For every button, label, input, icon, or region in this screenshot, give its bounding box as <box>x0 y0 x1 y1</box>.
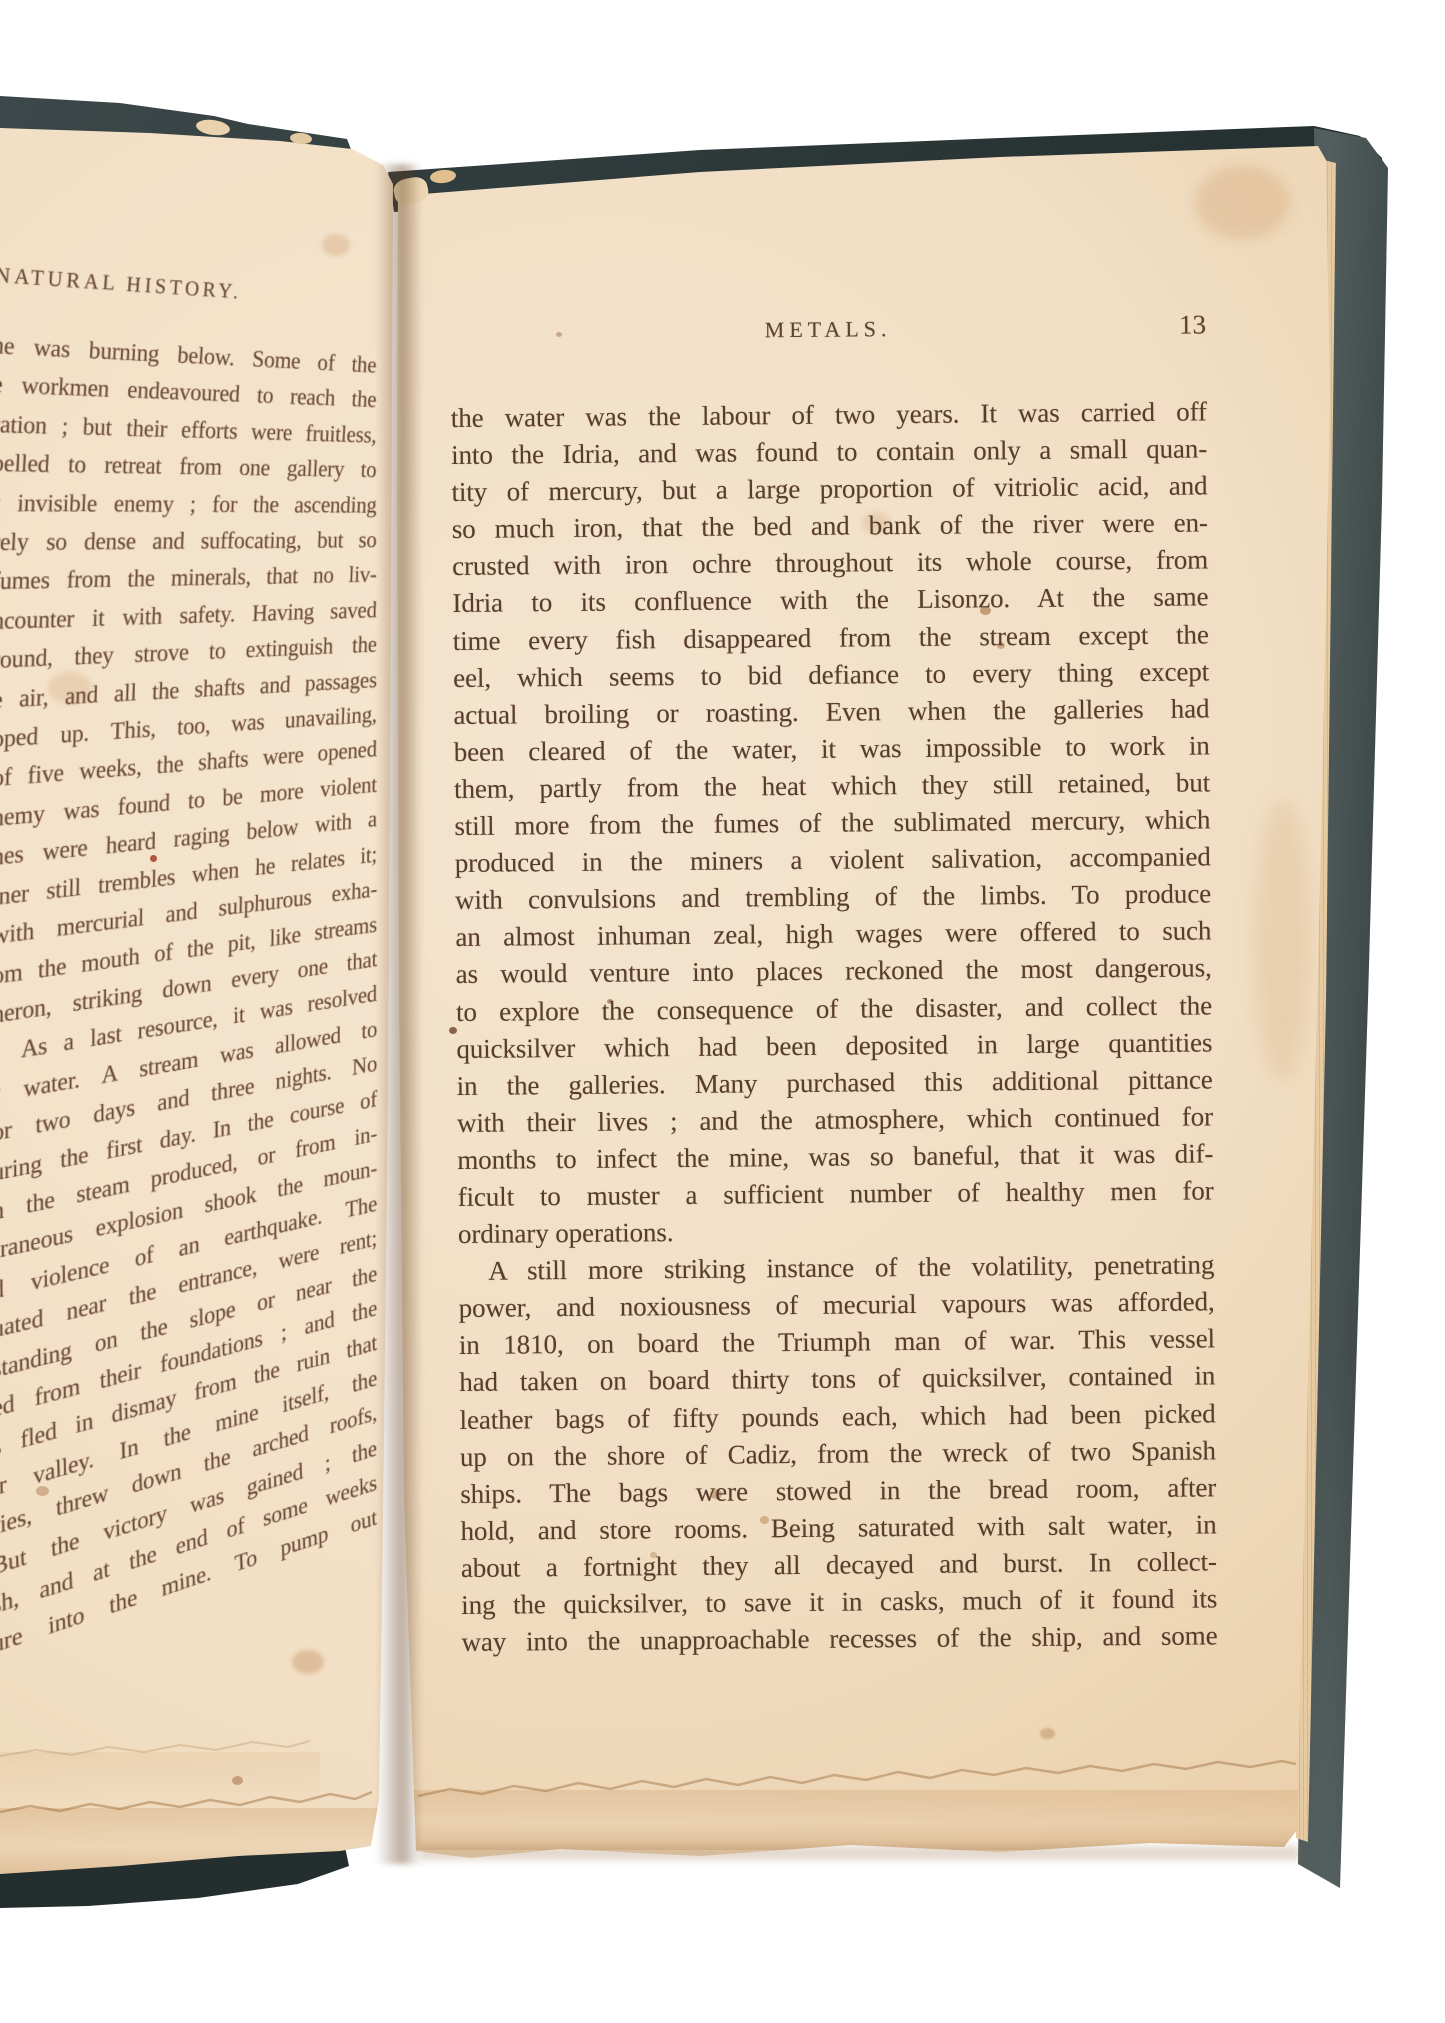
text-line: quicksilver which had been deposited in … <box>456 1024 1212 1068</box>
text-line: rely so dense and suffocating, but so <box>0 522 377 562</box>
text-line: time every fish disappeared from the str… <box>453 616 1209 660</box>
text-line: in the galleries. Many purchased this ad… <box>457 1061 1213 1105</box>
text-line: hold, and store rooms. Being saturated w… <box>460 1506 1216 1550</box>
text-line: ships. The bags were stowed in the bread… <box>460 1469 1216 1513</box>
foxing-spot <box>1195 165 1290 240</box>
text-line: leather bags of fifty pounds each, which… <box>459 1395 1215 1439</box>
water-stain <box>0 1752 320 1800</box>
text-line: to explore the consequence of the disast… <box>456 987 1212 1031</box>
text-line: r invisible enemy ; for the ascending <box>0 484 377 524</box>
water-stain <box>410 1790 1300 1850</box>
text-line: up on the shore of Cadiz, from the wreck… <box>460 1432 1216 1476</box>
foxing-spot <box>322 234 350 256</box>
bottom-edge-shadow <box>420 1846 1300 1860</box>
foxing-spot <box>232 1776 243 1785</box>
foxing-spot <box>292 1650 324 1674</box>
right-page-header: METALS. <box>450 313 1206 346</box>
left-page-body: ne was burning below. Some of thee workm… <box>0 321 377 1666</box>
text-line: Idria to its confluence with the Lisonzo… <box>452 579 1208 623</box>
foxing-spot <box>1040 1728 1055 1739</box>
text-line: with their lives ; and the atmosphere, w… <box>457 1098 1213 1142</box>
gutter-fold-shadow <box>376 164 422 1864</box>
text-line: way into the unapproachable recesses of … <box>461 1617 1217 1661</box>
foxing-spot <box>1255 800 1310 1080</box>
page-number: 13 <box>1179 309 1206 340</box>
text-line: ficult to muster a sufficient number of … <box>457 1172 1213 1216</box>
foxing-spot <box>492 142 509 156</box>
text-line: as would venture into places reckoned th… <box>456 950 1212 994</box>
left-page-text: NATURAL HISTORY. ne was burning below. S… <box>0 262 377 1666</box>
left-page-header: NATURAL HISTORY. <box>0 262 376 313</box>
text-line: had taken on board thirty tons of quicks… <box>459 1358 1215 1402</box>
text-line: pelled to retreat from one gallery to <box>0 444 377 488</box>
text-line: actual broiling or roasting. Even when t… <box>453 690 1209 734</box>
text-line: eel, which seems to bid defiance to ever… <box>453 653 1209 697</box>
book-photo: NATURAL HISTORY. ne was burning below. S… <box>0 0 1445 2023</box>
right-page-header-row: METALS. 13 <box>450 313 1206 354</box>
right-page-text: METALS. 13 the water was the labour of t… <box>450 313 1218 1661</box>
right-page-body: the water was the labour of two years. I… <box>451 393 1218 1661</box>
